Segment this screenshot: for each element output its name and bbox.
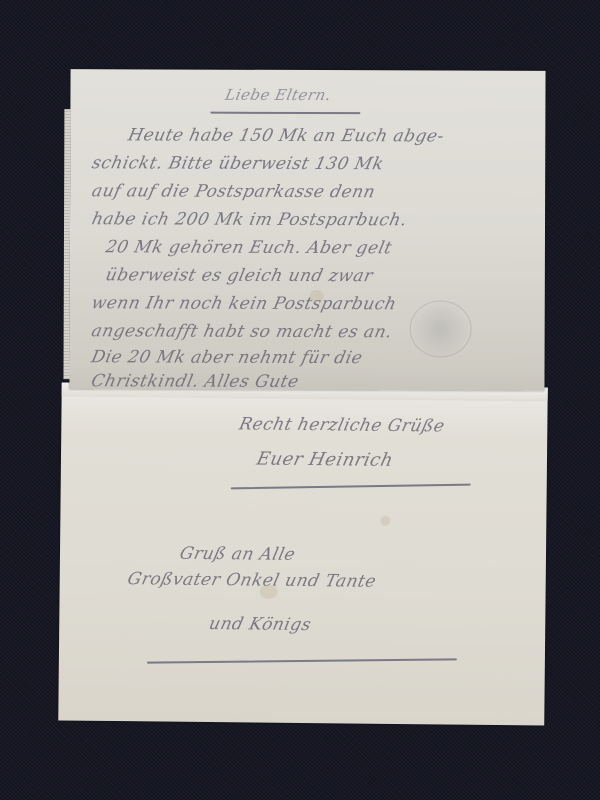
paper-stain	[380, 516, 390, 526]
salutation-underline	[210, 112, 360, 114]
letter-line-10: Christkindl. Alles Gute	[89, 371, 300, 392]
letter-line-4: habe ich 200 Mk im Postsparbuch.	[90, 209, 409, 230]
letter-line-5: 20 Mk gehören Euch. Aber gelt	[104, 237, 394, 258]
letter-line-7: wenn Ihr noch kein Postsparbuch	[90, 293, 399, 314]
postscript-line-2: Großvater Onkel und Tante	[125, 569, 378, 592]
letter-line-9: Die 20 Mk aber nehmt für die	[89, 347, 364, 368]
letter-line-2: schickt. Bitte überweist 130 Mk	[90, 153, 386, 174]
faint-stamp-mark	[410, 300, 472, 357]
postscript-line-3: und Königs	[207, 614, 313, 635]
closing-greeting: Recht herzliche Grüße	[237, 414, 446, 436]
letter-line-1: Heute habe 150 Mk an Euch abge-	[126, 125, 446, 146]
letter-line-8: angeschafft habt so macht es an.	[89, 321, 394, 342]
signature: Euer Heinrich	[255, 449, 396, 471]
signature-underline	[231, 484, 471, 489]
photo-background: { "document": { "type": "handwritten let…	[0, 0, 600, 800]
letter-line-3: auf auf die Postsparkasse denn	[90, 181, 377, 202]
postscript-underline	[147, 658, 457, 663]
paper-stain	[260, 585, 278, 599]
letter-upper-sheet: Liebe Eltern. Heute habe 150 Mk an Euch …	[69, 69, 545, 391]
paper-stain	[310, 290, 324, 302]
letter-line-6: überweist es gleich und zwar	[104, 265, 375, 286]
postscript-line-1: Gruß an Alle	[178, 544, 298, 565]
letter-salutation: Liebe Eltern.	[224, 86, 334, 104]
letter-lower-sheet: Recht herzliche Grüße Euer Heinrich Gruß…	[58, 382, 548, 725]
